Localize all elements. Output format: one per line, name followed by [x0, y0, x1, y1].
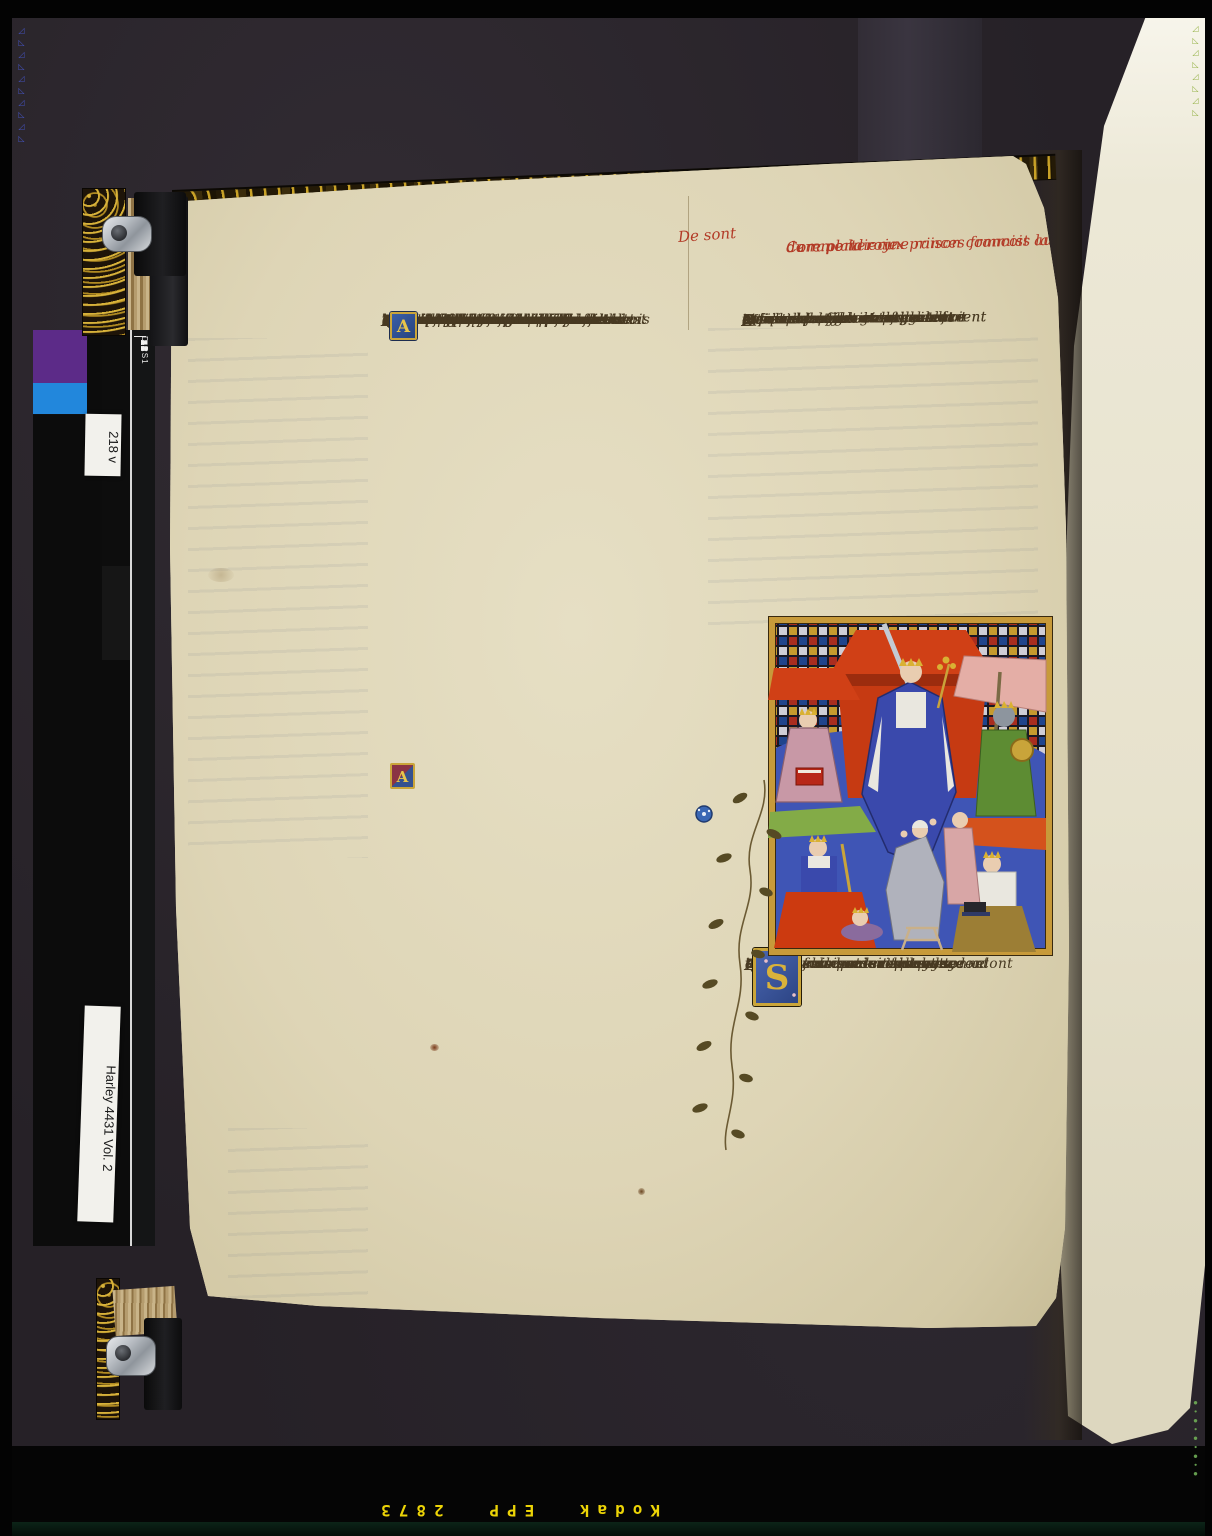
book-pages — [798, 770, 821, 773]
scepter-leaf — [937, 664, 943, 670]
crown — [994, 701, 1014, 708]
scepter-leaf — [943, 657, 950, 664]
verse-text: ouuenable fille et sage — [742, 310, 918, 328]
ruler-scale: 1 2 3 4 — [130, 330, 155, 1246]
show-through-text — [188, 338, 368, 858]
stain — [638, 1188, 645, 1195]
ruler-footer-label: D RS1 — [140, 336, 149, 365]
metal-page-clip — [106, 1336, 156, 1376]
helmet — [993, 705, 1015, 727]
vine-leaves — [691, 791, 783, 1141]
crown — [899, 658, 923, 666]
stain — [208, 568, 234, 582]
footstool — [962, 912, 990, 916]
rubric: Comme la royne raison commist aupmede ra… — [786, 232, 1086, 240]
ermine-collar — [896, 692, 926, 728]
vine-border-decoration — [668, 772, 794, 1162]
miniature-reason-enthroned — [768, 616, 1053, 956]
clip-hole — [115, 1345, 131, 1361]
illuminated-initial-a: A — [390, 312, 417, 340]
rubric-line: dure plaidierie — [786, 237, 898, 269]
head — [952, 812, 968, 828]
film-bottom-edge — [0, 1522, 1212, 1536]
ermine-collar — [808, 856, 830, 868]
film-edge-marking-right-top: ◿◺◿◺◿◺◿◺ — [1190, 24, 1200, 174]
folio-number-label: 218 v — [84, 414, 121, 477]
stain — [430, 1044, 439, 1051]
felt-strap — [858, 14, 982, 174]
catchword: De sont — [677, 224, 736, 246]
color-calibration-chart: 1 2 3 4 — [33, 330, 155, 1246]
film-edge — [1205, 0, 1212, 1536]
color-patch — [33, 330, 87, 383]
vine-stem — [725, 780, 765, 1150]
film-edge — [0, 0, 12, 1536]
film-edge — [0, 0, 1212, 18]
photograph-frame: De sont Comme la royne raison commist au… — [0, 0, 1212, 1536]
blue-flower — [696, 806, 712, 822]
illuminated-initial-a: A — [390, 763, 415, 789]
show-through-text — [708, 328, 1038, 628]
color-patch-row — [33, 330, 102, 383]
ruling-line — [688, 196, 689, 330]
manuscript-page-218v: De sont Comme la royne raison commist au… — [168, 148, 1073, 1340]
scepter-leaf — [950, 663, 956, 669]
crown — [809, 835, 827, 842]
gold-tooled-binding-corner — [82, 188, 126, 336]
shelfmark-label: Harley 4431 Vol. 2 — [77, 1005, 121, 1222]
text-column-right-upper: D e franchise de grant noblece E t de ce… — [742, 308, 1072, 311]
crown — [799, 708, 817, 715]
black-shoe — [964, 902, 986, 912]
gold-shield — [1011, 739, 1033, 761]
crown — [983, 851, 1001, 858]
clip-hole — [111, 225, 127, 241]
film-stock-label: Kodak EPP 2873 — [300, 1492, 660, 1520]
show-through-text — [228, 1128, 368, 1298]
film-edge-marking-right-bottom: ●•●•●•●•● — [1190, 1398, 1200, 1518]
metal-page-clip — [102, 216, 152, 252]
raised-hand — [930, 819, 937, 826]
raised-hand — [901, 831, 908, 838]
film-edge-marking-left: ◿◺◿◺◿◺◿◺◿◺ — [16, 26, 26, 186]
